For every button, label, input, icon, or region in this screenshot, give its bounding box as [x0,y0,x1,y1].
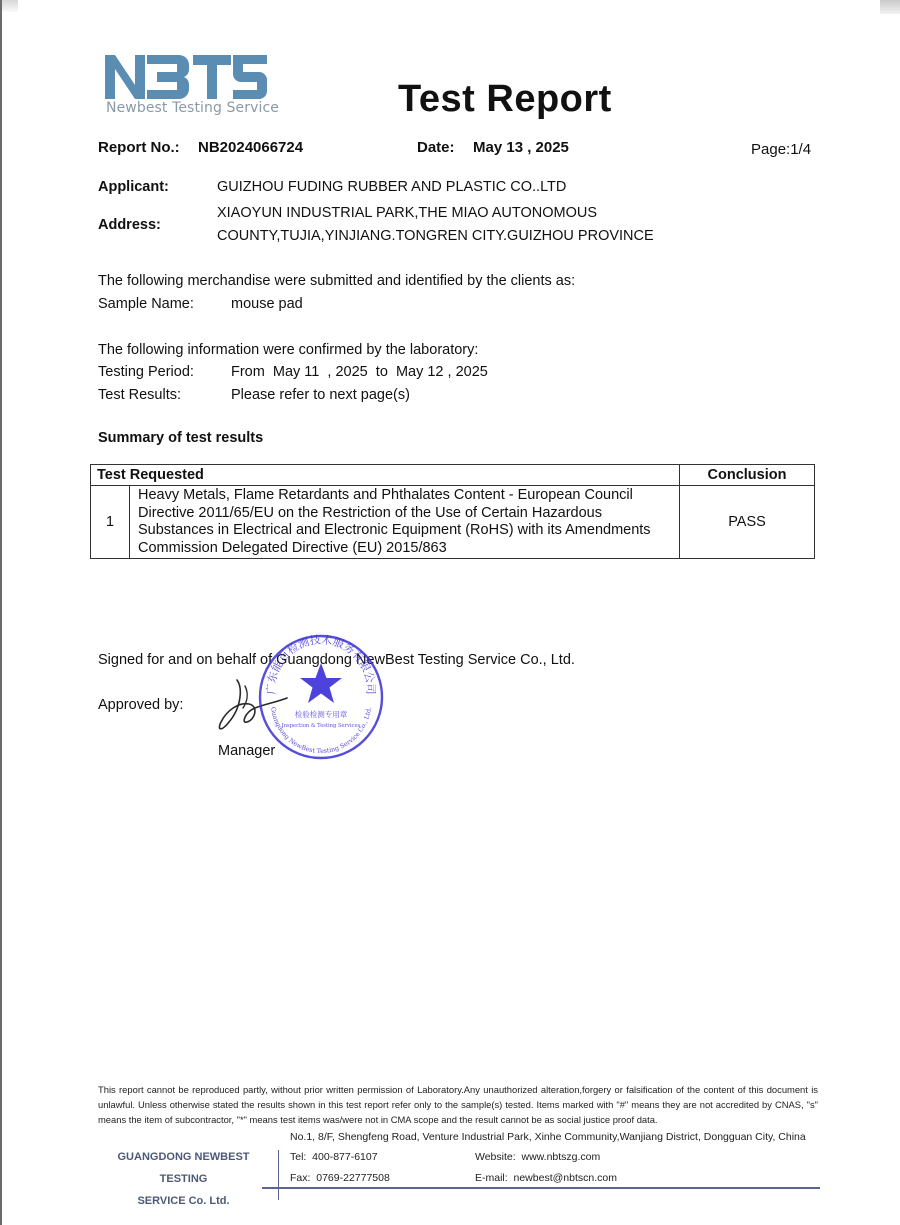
footer-email: E-mail: newbest@nbtscn.com [475,1172,617,1184]
nbts-logo: Newbest Testing Service [105,55,270,117]
footer-company-name: GUANGDONG NEWBEST TESTING SERVICE Co. Lt… [96,1146,271,1212]
page-corner-shadow [880,0,900,14]
report-title: Test Report [398,78,612,121]
seal-star-icon [300,663,342,703]
sample-name-value: mouse pad [231,296,303,312]
date-value: May 13 , 2025 [473,139,569,156]
row-number: 1 [91,486,130,559]
footer-divider-vertical [278,1150,279,1200]
nbts-logo-mark [105,55,267,99]
page-indicator: Page:1/4 [751,141,811,158]
summary-heading: Summary of test results [98,430,263,446]
footer-tel: Tel: 400-877-6107 [290,1151,378,1163]
test-description-line: Heavy Metals, Flame Retardants and Phtha… [138,487,671,505]
company-seal-stamp: 广东能百检测技术服务有限公司 检验检测专用章 Inspection & Test… [257,633,385,761]
footer-website: Website: www.nbtszg.com [475,1151,600,1163]
lab-info-intro: The following information were confirmed… [98,342,478,358]
footer-company-line-1: GUANGDONG NEWBEST TESTING [96,1146,271,1190]
test-description: Heavy Metals, Flame Retardants and Phtha… [130,486,680,559]
report-no-value: NB2024066724 [198,139,303,156]
table-row: 1 Heavy Metals, Flame Retardants and Pht… [91,486,815,559]
test-description-line: Commission Delegated Directive (EU) 2015… [138,540,671,558]
column-header-conclusion: Conclusion [680,465,815,486]
conclusion-result: PASS [680,486,815,559]
page-left-edge [0,0,2,1225]
testing-period-label: Testing Period: [98,364,194,380]
approved-by-label: Approved by: [98,697,183,713]
footer-address: No.1, 8/F, Shengfeng Road, Venture Indus… [290,1131,806,1143]
testing-period-value: From May 11 , 2025 to May 12 , 2025 [231,364,488,380]
test-description-line: Directive 2011/65/EU on the Restriction … [138,505,671,523]
applicant-label: Applicant: [98,179,169,195]
page-corner-shadow [2,0,18,12]
svg-text:Inspection & Testing Services: Inspection & Testing Services [282,723,361,729]
column-header-test-requested: Test Requested [91,465,680,486]
svg-text:检验检测专用章: 检验检测专用章 [295,709,348,719]
address-label: Address: [98,217,161,233]
address-line-1: XIAOYUN INDUSTRIAL PARK,THE MIAO AUTONOM… [217,205,597,221]
test-results-value: Please refer to next page(s) [231,387,410,403]
logo-subtitle: Newbest Testing Service [106,100,279,116]
merchandise-intro: The following merchandise were submitted… [98,273,575,289]
footer-fax: Fax: 0769-22777508 [290,1172,390,1184]
summary-table: Test Requested Conclusion 1 Heavy Metals… [90,464,815,559]
test-results-label: Test Results: [98,387,181,403]
legal-disclaimer: This report cannot be reproduced partly,… [98,1082,818,1127]
footer-company-line-2: SERVICE Co. Ltd. [96,1190,271,1212]
address-line-2: COUNTY,TUJIA,YINJIANG.TONGREN CITY.GUIZH… [217,228,654,244]
summary-table-header: Test Requested Conclusion [91,465,815,486]
date-label: Date: [417,139,455,156]
sample-name-label: Sample Name: [98,296,194,312]
test-description-line: Substances in Electrical and Electronic … [138,522,671,540]
applicant-value: GUIZHOU FUDING RUBBER AND PLASTIC CO..LT… [217,179,566,195]
report-no-label: Report No.: [98,139,180,156]
footer-divider-horizontal [262,1187,820,1189]
